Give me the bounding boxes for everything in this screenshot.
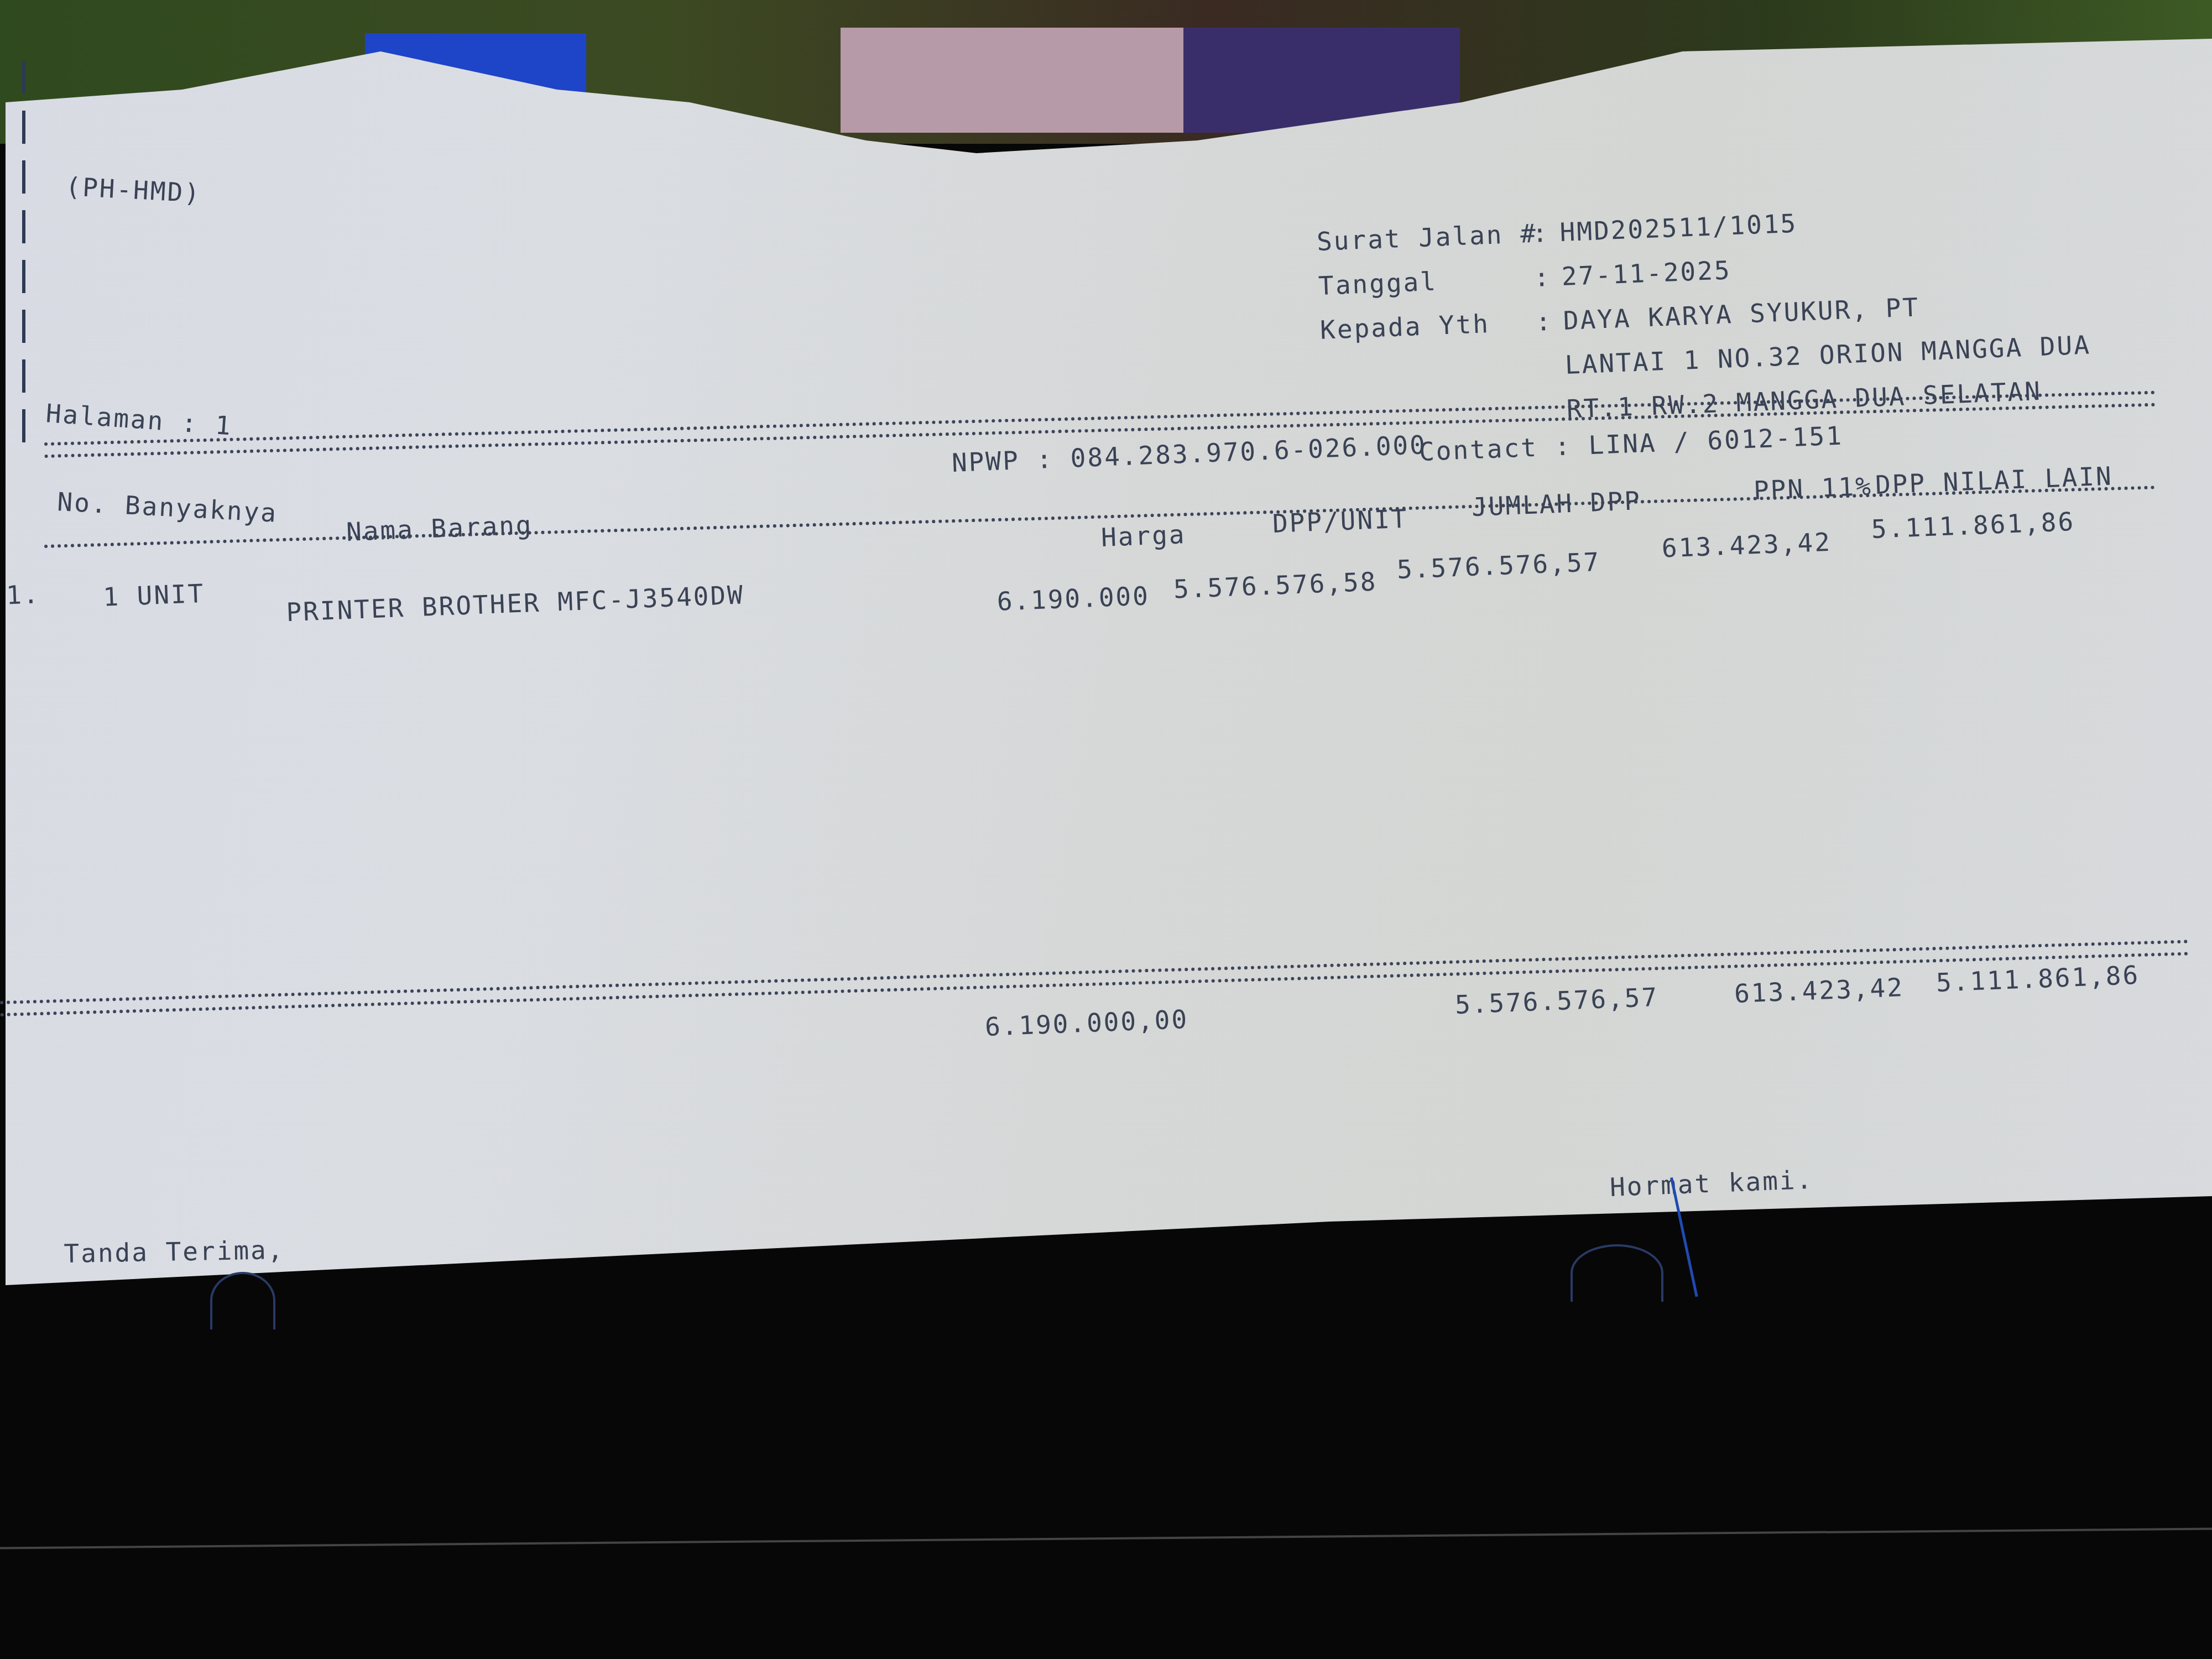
separator: : [1533,262,1552,293]
delivery-note-paper [6,39,2212,1311]
perforation-edge [22,61,25,459]
sender-signature-loop [1571,1244,1663,1302]
row-qty: 1 UNIT [102,578,205,612]
separator: : [1535,306,1553,337]
receiver-signature [210,1272,275,1329]
row-harga: 6.190.000 [997,581,1150,617]
desk-edge [0,1528,2212,1550]
tanda-terima-label: Tanda Terima, [64,1235,285,1269]
background-pink-object [841,28,1183,133]
tanggal-label: Tanggal [1318,267,1438,301]
row-no: 1. [6,579,40,610]
col-header-ppn: PPN 11% [1753,471,1873,505]
separator: : [1532,218,1550,248]
col-header-harga: Harga [1100,519,1186,552]
